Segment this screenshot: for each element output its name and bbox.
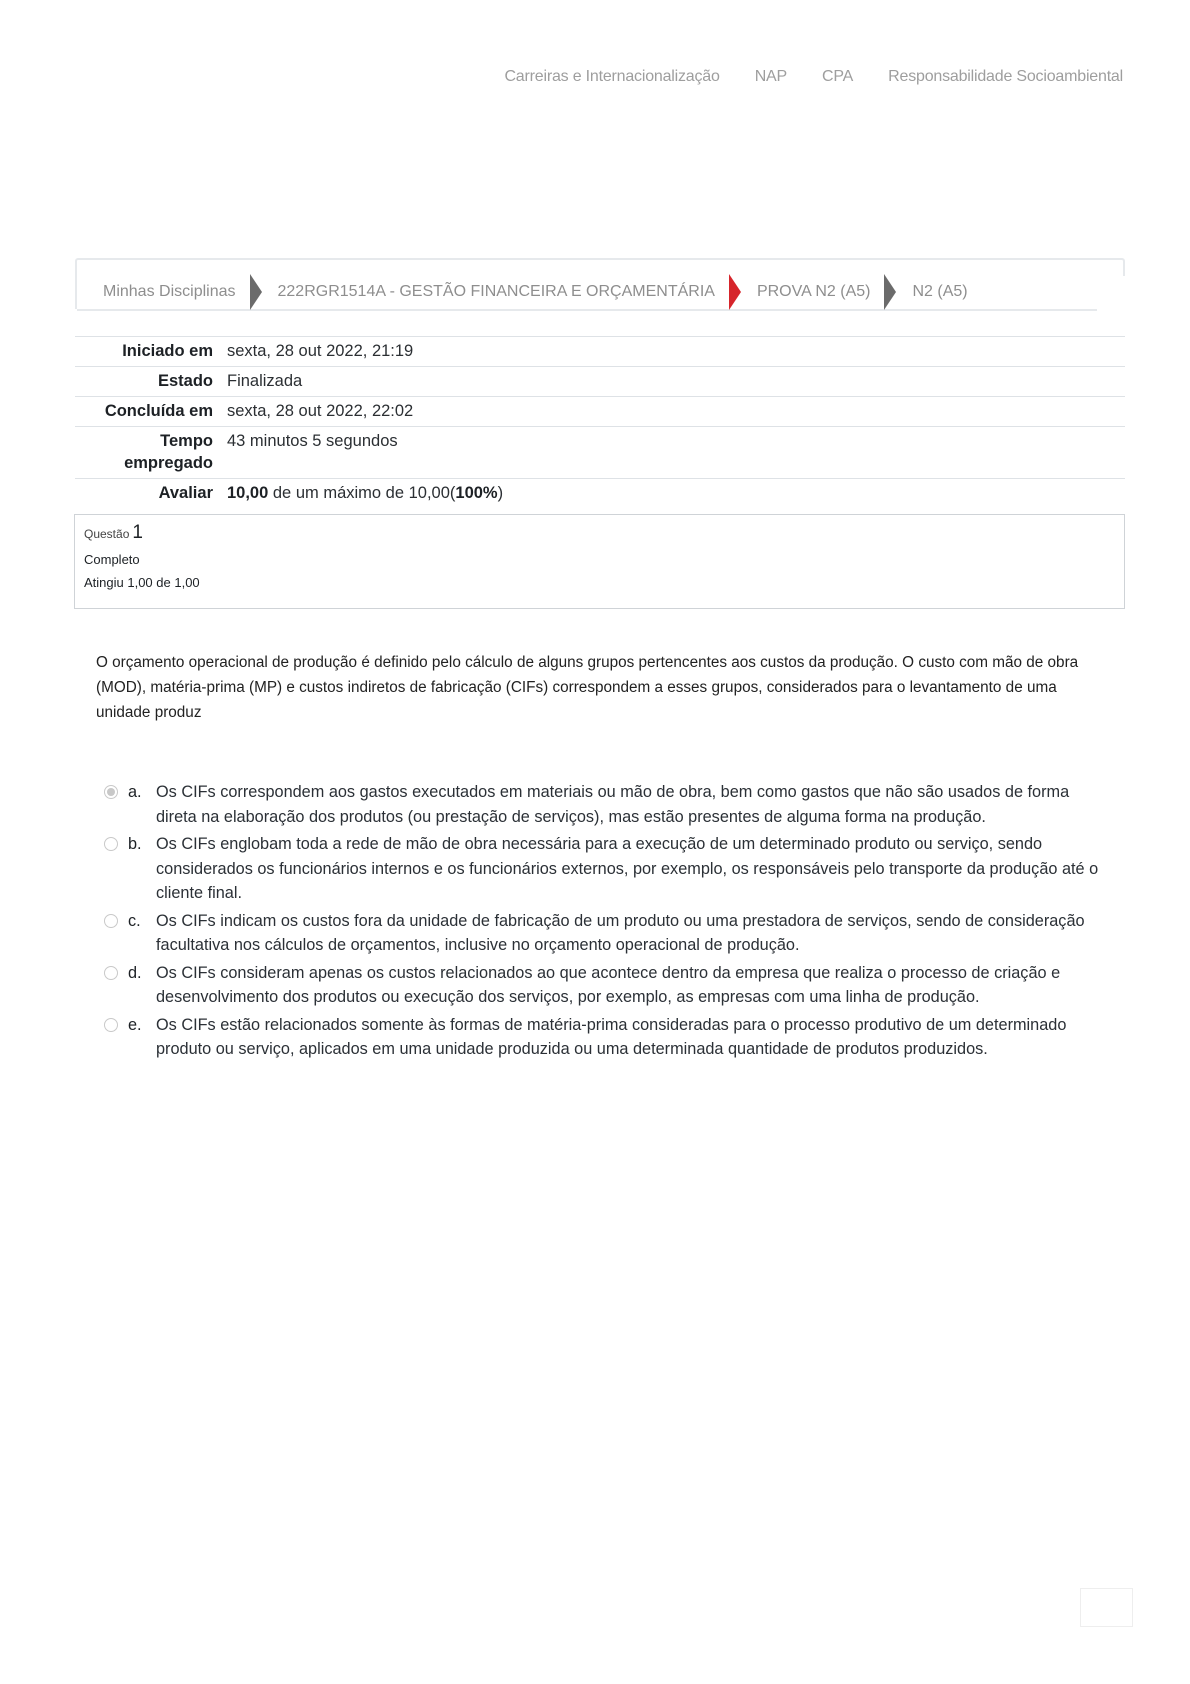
question-number-value: 1 <box>132 522 143 543</box>
question-text: O orçamento operacional de produção é de… <box>96 650 1106 725</box>
breadcrumb-item-course[interactable]: 222RGR1514A - GESTÃO FINANCEIRA E ORÇAME… <box>278 283 715 301</box>
breadcrumb-separator-icon <box>729 274 741 310</box>
summary-label: Tempo empregado <box>75 430 227 474</box>
breadcrumb-container: Minhas Disciplinas 222RGR1514A - GESTÃO … <box>75 258 1125 309</box>
breadcrumb-item-prova[interactable]: PROVA N2 (A5) <box>757 283 871 301</box>
radio-icon[interactable] <box>104 1018 118 1032</box>
nav-link-carreiras[interactable]: Carreiras e Internacionalização <box>504 68 719 86</box>
answer-option-e[interactable]: e. Os CIFs estão relacionados somente às… <box>104 1013 1104 1062</box>
breadcrumb-separator-icon <box>250 274 262 310</box>
answer-text: Os CIFs englobam toda a rede de mão de o… <box>156 832 1104 906</box>
answer-letter: c. <box>128 909 156 934</box>
question-status: Completo <box>84 552 1115 567</box>
answer-letter: e. <box>128 1013 156 1038</box>
radio-icon[interactable] <box>104 914 118 928</box>
answer-text: Os CIFs consideram apenas os custos rela… <box>156 961 1104 1010</box>
grade-value: 10,00 <box>227 484 268 502</box>
answer-options: a. Os CIFs correspondem aos gastos execu… <box>104 780 1104 1065</box>
summary-label: Concluída em <box>75 400 227 422</box>
summary-value: 10,00 de um máximo de 10,00(100%) <box>227 482 503 504</box>
back-to-top-button[interactable] <box>1080 1588 1133 1627</box>
question-number: Questão1 <box>84 522 1115 544</box>
summary-row-state: Estado Finalizada <box>75 366 1125 396</box>
breadcrumb-item-minhas-disciplinas[interactable]: Minhas Disciplinas <box>103 283 236 301</box>
answer-option-d[interactable]: d. Os CIFs consideram apenas os custos r… <box>104 961 1104 1010</box>
radio-icon[interactable] <box>104 966 118 980</box>
top-navigation: Carreiras e Internacionalização NAP CPA … <box>469 68 1123 86</box>
answer-text: Os CIFs indicam os custos fora da unidad… <box>156 909 1104 958</box>
question-label: Questão <box>84 527 129 541</box>
answer-letter: b. <box>128 832 156 857</box>
summary-label: Avaliar <box>75 482 227 504</box>
attempt-summary-table: Iniciado em sexta, 28 out 2022, 21:19 Es… <box>75 336 1125 508</box>
breadcrumb-separator-icon <box>884 274 896 310</box>
summary-value: sexta, 28 out 2022, 21:19 <box>227 340 413 362</box>
summary-label: Estado <box>75 370 227 392</box>
grade-close-paren: ) <box>498 484 504 502</box>
answer-text: Os CIFs estão relacionados somente às fo… <box>156 1013 1104 1062</box>
breadcrumb: Minhas Disciplinas 222RGR1514A - GESTÃO … <box>103 274 968 310</box>
radio-icon[interactable] <box>104 837 118 851</box>
grade-percent: 100% <box>455 484 497 502</box>
summary-row-time-taken: Tempo empregado 43 minutos 5 segundos <box>75 426 1125 478</box>
summary-row-started: Iniciado em sexta, 28 out 2022, 21:19 <box>75 336 1125 366</box>
answer-letter: d. <box>128 961 156 986</box>
breadcrumb-item-n2[interactable]: N2 (A5) <box>912 283 967 301</box>
grade-max-text: de um máximo de 10,00( <box>268 484 455 502</box>
nav-link-nap[interactable]: NAP <box>755 68 787 86</box>
radio-selected-icon[interactable] <box>104 785 118 799</box>
answer-text: Os CIFs correspondem aos gastos executad… <box>156 780 1104 829</box>
summary-row-grade: Avaliar 10,00 de um máximo de 10,00(100%… <box>75 478 1125 508</box>
nav-link-responsabilidade[interactable]: Responsabilidade Socioambiental <box>888 68 1123 86</box>
summary-value: Finalizada <box>227 370 302 392</box>
summary-value: sexta, 28 out 2022, 22:02 <box>227 400 413 422</box>
answer-option-b[interactable]: b. Os CIFs englobam toda a rede de mão d… <box>104 832 1104 906</box>
summary-label: Iniciado em <box>75 340 227 362</box>
answer-option-c[interactable]: c. Os CIFs indicam os custos fora da uni… <box>104 909 1104 958</box>
question-score: Atingiu 1,00 de 1,00 <box>84 575 1115 590</box>
answer-option-a[interactable]: a. Os CIFs correspondem aos gastos execu… <box>104 780 1104 829</box>
question-info-box: Questão1 Completo Atingiu 1,00 de 1,00 <box>74 514 1125 609</box>
nav-link-cpa[interactable]: CPA <box>822 68 853 86</box>
summary-value: 43 minutos 5 segundos <box>227 430 398 474</box>
answer-letter: a. <box>128 780 156 805</box>
summary-row-completed: Concluída em sexta, 28 out 2022, 22:02 <box>75 396 1125 426</box>
